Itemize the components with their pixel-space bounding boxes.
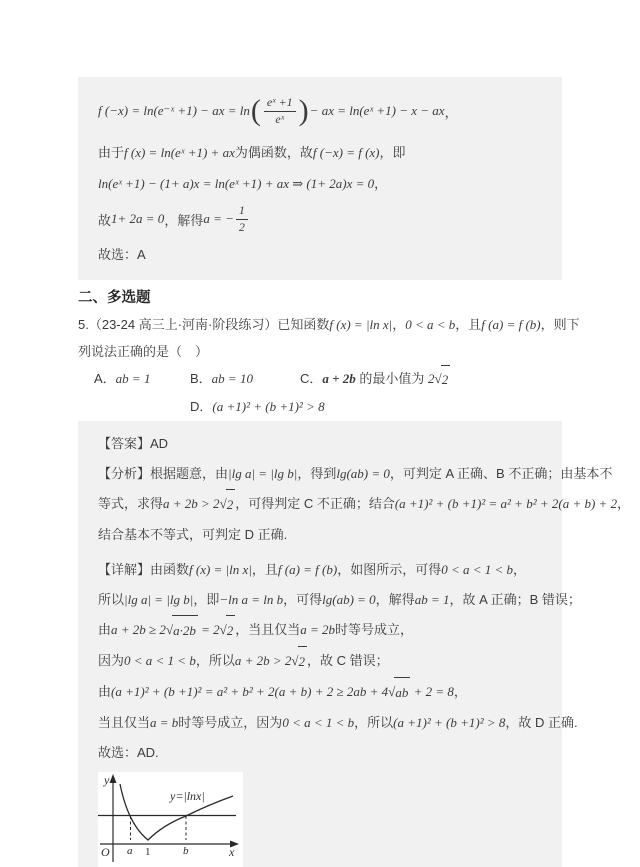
- text-segment: 为偶函数，故: [235, 145, 313, 160]
- y-axis-arrow-icon: [110, 774, 117, 783]
- detail-line: 所以|lg a| = |lg b|，即−ln a = ln b，可得lg(ab)…: [98, 585, 556, 615]
- text-segment: 当且仅当: [98, 715, 150, 730]
- text-segment: 的最小值为: [356, 371, 428, 386]
- text-segment: a + 2b > 2: [235, 653, 292, 668]
- option-a: A．ab = 1: [94, 365, 150, 393]
- text-segment: ，如图所示，可得: [337, 562, 441, 577]
- question-line: 列说法正确的是（ ）: [78, 338, 562, 365]
- analysis-line: 等式，求得a + 2b > 2√2，可得判定 C 不正确；结合(a +1)² +…: [98, 489, 556, 520]
- text-segment: |lg a| = |lg b|: [124, 592, 193, 607]
- text-segment: f (x) = ln(eˣ +1) + ax: [124, 145, 235, 160]
- detail-line: 由(a +1)² + (b +1)² = a² + b² + 2(a + b) …: [98, 677, 556, 708]
- text-segment: ，得到: [297, 466, 336, 481]
- text-segment: f (−x) = f (x): [313, 145, 380, 160]
- text-segment: − ax = ln(eˣ +1) − x − ax: [310, 103, 445, 119]
- text-segment: lg(ab) = 0: [336, 466, 390, 481]
- text-segment: 0 < a < 1 < b: [441, 562, 513, 577]
- text-segment: 时等号成立，因为: [178, 715, 282, 730]
- tick-label-a: a: [127, 845, 133, 857]
- analysis-line: 结合基本不等式，可判定 D 正确.: [98, 520, 556, 550]
- text-segment: ): [299, 96, 309, 126]
- detail-line: 因为0 < a < 1 < b，所以a + 2b > 2√2，故 C 错误；: [98, 646, 556, 677]
- radical: √2: [291, 646, 307, 677]
- text-segment: ，解得: [376, 592, 415, 607]
- text-segment: 列说法正确的是（ ）: [78, 344, 208, 359]
- text-segment: ，则下: [541, 317, 580, 332]
- text-segment: ab = 1: [116, 371, 151, 386]
- text-segment: 因为: [98, 653, 124, 668]
- option-c: C．a + 2b 的最小值为 2√2: [300, 365, 450, 394]
- radical: √a·2b: [166, 615, 198, 646]
- text-segment: a = 2b: [300, 622, 335, 637]
- origin-label: O: [101, 845, 110, 859]
- answer-line: 【答案】AD: [98, 429, 556, 459]
- text-segment: 时等号成立，: [335, 622, 413, 637]
- tick-label-b: b: [183, 845, 189, 857]
- detail-line: 【详解】由函数f (x) = |ln x|，且f (a) = f (b)，如图所…: [98, 555, 556, 585]
- text-segment: (a +1)² + (b +1)² > 8: [212, 399, 324, 414]
- text-segment: f (−x) = ln(e⁻ˣ +1) − ax = ln: [98, 103, 250, 119]
- text-segment: 0 < a < 1 < b: [282, 715, 354, 730]
- text-segment: B．: [190, 371, 212, 386]
- option-d: D．(a +1)² + (b +1)² > 8: [190, 393, 325, 421]
- text-segment: 1+ 2a = 0: [111, 211, 164, 227]
- text-segment: = 2: [198, 622, 220, 637]
- radical: √ab: [388, 677, 410, 708]
- tick-label-1: 1: [145, 846, 151, 858]
- text-segment: 由: [98, 684, 111, 699]
- text-segment: 等式，求得: [98, 496, 163, 511]
- text-segment: ，: [513, 562, 526, 577]
- lnx-graph-svg: y x O a 1 b y=|lnx|: [98, 772, 243, 867]
- text-segment: f (x) = |ln x|: [329, 317, 392, 332]
- text-segment: 由于: [98, 145, 124, 160]
- section-heading: 二、多选题: [78, 288, 562, 309]
- conclusion-line: 故选：AD.: [98, 738, 556, 768]
- text-segment: ，故 A 正确；B 错误；: [449, 592, 580, 607]
- text-segment: ab = 10: [212, 371, 253, 386]
- math-line: f (−x) = ln(e⁻ˣ +1) − ax = ln(eˣ +1eˣ) −…: [98, 85, 556, 137]
- option-b: B．ab = 10: [190, 365, 253, 393]
- question-block: 5.（23-24 高三上·河南·阶段练习）已知函数f (x) = |ln x|，…: [78, 311, 562, 421]
- text-segment: a = −: [203, 211, 234, 227]
- text-segment: C．: [300, 371, 322, 386]
- text-segment: 0 < a < 1 < b: [124, 653, 196, 668]
- text-segment: 故选：AD.: [98, 745, 159, 760]
- text-segment: A．: [94, 371, 116, 386]
- text-segment: D．: [190, 399, 212, 414]
- text-segment: a = b: [150, 715, 178, 730]
- text-segment: ，: [617, 496, 630, 511]
- radical: √2: [220, 489, 236, 520]
- text-segment: ，: [445, 102, 458, 121]
- text-segment: 所以: [98, 592, 124, 607]
- text-segment: ，可判定 A 正确、B 不正确；由基本不: [390, 466, 612, 481]
- text-segment: ，: [392, 317, 405, 332]
- options-row: A．ab = 1 B．ab = 10 C．a + 2b 的最小值为 2√2: [78, 365, 562, 393]
- text-segment: |lg a| = |lg b|: [228, 466, 297, 481]
- text-segment: ，即: [193, 592, 219, 607]
- text-segment: ，且: [252, 562, 278, 577]
- document-page: f (−x) = ln(e⁻ˣ +1) − ax = ln(eˣ +1eˣ) −…: [78, 0, 562, 867]
- text-segment: ，可得: [283, 592, 322, 607]
- x-axis-label: x: [228, 845, 235, 859]
- text-segment: (a +1)² + (b +1)² = a² + b² + 2(a + b) +…: [111, 684, 388, 699]
- text-segment: 由: [98, 622, 111, 637]
- solution-block: 【答案】AD 【分析】根据题意，由|lg a| = |lg b|，得到lg(ab…: [78, 421, 562, 867]
- text-segment: lg(ab) = 0: [322, 592, 376, 607]
- text-segment: ，故 C 错误；: [307, 653, 389, 668]
- text-segment: 【详解】由函数: [98, 562, 189, 577]
- text-segment: ，可得判定 C 不正确；结合: [235, 496, 395, 511]
- text-segment: (a +1)² + (b +1)² = a² + b² + 2(a + b) +…: [395, 496, 617, 511]
- text-segment: 【分析】根据题意，由: [98, 466, 228, 481]
- text-segment: ，: [454, 684, 467, 699]
- text-segment: ，故 D 正确.: [505, 715, 577, 730]
- radical: √2: [435, 365, 451, 394]
- conclusion-line: 故选：A: [98, 239, 556, 270]
- solution-block-prev: f (−x) = ln(e⁻ˣ +1) − ax = ln(eˣ +1eˣ) −…: [78, 77, 562, 280]
- math-line: 故1+ 2a = 0，解得a = −12: [98, 199, 556, 239]
- text-segment: 结合基本不等式，可判定 D 正确.: [98, 527, 287, 542]
- question-line: 5.（23-24 高三上·河南·阶段练习）已知函数f (x) = |ln x|，…: [78, 311, 562, 338]
- text-segment: f (x) = |ln x|: [189, 562, 252, 577]
- text-segment: f (a) = f (b): [481, 317, 540, 332]
- text-segment: f (a) = f (b): [278, 562, 337, 577]
- text-segment: ，当且仅当: [235, 622, 300, 637]
- text-segment: −ln a = ln b: [219, 592, 283, 607]
- text-segment: ，解得: [164, 210, 203, 229]
- y-axis-label: y: [103, 773, 110, 787]
- text-segment: a + 2b > 2: [163, 496, 220, 511]
- text-segment: 0 < a < b: [405, 317, 455, 332]
- math-line: ln(eˣ +1) − (1+ a)x = ln(eˣ +1) + ax ⇒ (…: [98, 168, 556, 199]
- text-segment: ，所以: [354, 715, 393, 730]
- text-segment: ln(eˣ +1) − (1+ a)x = ln(eˣ +1) + ax ⇒ (…: [98, 176, 374, 191]
- options-row: D．(a +1)² + (b +1)² > 8: [78, 393, 562, 421]
- text-segment: a + 2b: [322, 371, 355, 386]
- text-segment: ab = 1: [415, 592, 450, 607]
- analysis-line: 【分析】根据题意，由|lg a| = |lg b|，得到lg(ab) = 0，可…: [98, 459, 556, 489]
- detail-line: 当且仅当a = b时等号成立，因为0 < a < 1 < b，所以(a +1)²…: [98, 708, 556, 738]
- detail-line: 由a + 2b ≥ 2√a·2b = 2√2，当且仅当a = 2b时等号成立，: [98, 615, 556, 646]
- text-segment: (a +1)² + (b +1)² > 8: [393, 715, 505, 730]
- text-segment: 故: [98, 210, 111, 229]
- function-graph: y x O a 1 b y=|lnx|: [98, 772, 243, 867]
- math-line: 由于f (x) = ln(eˣ +1) + ax为偶函数，故f (−x) = f…: [98, 137, 556, 168]
- text-segment: 故选：A: [98, 247, 146, 262]
- text-segment: ，所以: [196, 653, 235, 668]
- text-segment: ，且: [455, 317, 481, 332]
- curve-label: y=|lnx|: [169, 789, 205, 803]
- text-segment: 【答案】AD: [98, 436, 168, 451]
- text-segment: ，即: [380, 145, 406, 160]
- radical: √2: [220, 615, 236, 646]
- fraction: 12: [236, 204, 248, 235]
- fraction: eˣ +1eˣ: [264, 96, 296, 127]
- text-segment: + 2 = 8: [410, 684, 454, 699]
- text-segment: ，: [374, 176, 387, 191]
- text-segment: 5.（23-24 高三上·河南·阶段练习）已知函数: [78, 317, 329, 332]
- text-segment: (: [251, 96, 261, 126]
- text-segment: a + 2b ≥ 2: [111, 622, 166, 637]
